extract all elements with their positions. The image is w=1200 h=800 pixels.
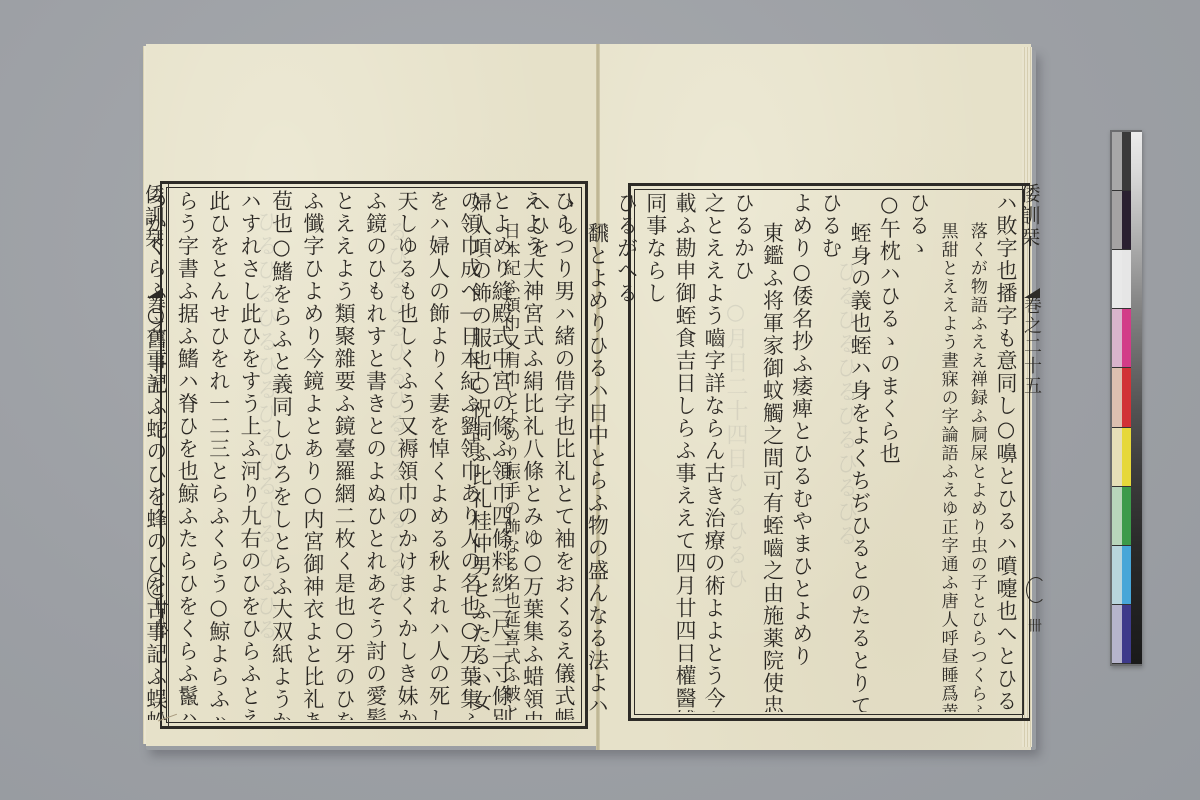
text-column: ハ敗字也播字も意同し○嚊とひるハ噴嚏也へとひるハ放屁也くとかひるハ bbox=[991, 192, 1020, 712]
text-column: 落くが物語ふええ禅録ふ屙屎とよめり虫の子とひらつくらふも是也 bbox=[962, 192, 991, 712]
text-column: 載ふ勘申御蛭食吉日しらふ事ええて四月廿四日權醫博士和氣相秀とらるハ bbox=[670, 192, 699, 712]
text-column: ○午枕ハひるゝのまくら也 bbox=[874, 192, 903, 712]
text-column: 黒甜とええよう晝寐の字論語ふえゆ正字通ふ唐人呼昼睡爲黄妳 bbox=[932, 192, 961, 712]
text-column: をハ婦人の飾よりく妻を悼くよめる秋よれハ人の死して天ふゆくとくふよう bbox=[421, 190, 452, 720]
text-column: 之とええよう嚙字詳ならん古き治療の術よよとう今もとる事あると朝野群 bbox=[699, 192, 728, 712]
headword-column: へひを bbox=[524, 192, 553, 712]
text-column: 天しゆるも也しくふう又褥領巾のかけまくかしき妹か名とえゆ○よさくとけ bbox=[390, 190, 421, 720]
right-margin-title: 倭訓栞 bbox=[1022, 183, 1044, 293]
text-column: つかくらふ○舊事記ふ蛇のひを蜂のひを古事記ふ蜈蚣のひを人よひを bbox=[139, 190, 170, 720]
text-column: 婦人項の飾の服也○祝詞ふ比礼桂仲男とふたるハ女の御膳等よ奉仕るとくの bbox=[465, 192, 494, 712]
text-column: よめり○倭名抄ふ痿痺とひるむやまひとよめり bbox=[787, 192, 816, 712]
text-column: ハすれさし此ひをすう上ふ河り九右のひをひらふとええよう又鮭のゑさ bbox=[233, 190, 264, 720]
text-column: ふ鏡のひもれすと書きとのよぬひとれあそう討の愛髪のやうる二つのう bbox=[358, 190, 389, 720]
headword-column: ひるむ bbox=[816, 192, 845, 712]
headword-column: ひるかひ bbox=[728, 192, 757, 712]
right-margin-circle bbox=[1026, 577, 1046, 603]
text-column: とええよう類聚雜要ふ鏡臺羅網二枚く是也○牙のひをハ延喜式江次第 bbox=[327, 190, 358, 720]
headword-column: ひるゝ bbox=[903, 192, 932, 712]
text-column: 蛭身の義也蛭ハ身をよくちぢひるとのたるとりて磐らへ也贰ハ舜を bbox=[845, 192, 874, 712]
swatch bbox=[1112, 250, 1122, 309]
swatch bbox=[1112, 605, 1122, 664]
text-column: 苞也○鰭をらふと義同しひろをしとらふ大双紙ようかくさりくれるを bbox=[264, 190, 295, 720]
swatch bbox=[1112, 368, 1122, 427]
swatch bbox=[1112, 309, 1122, 368]
swatch bbox=[1112, 487, 1122, 546]
headword-column: ひるがへる bbox=[611, 192, 640, 712]
text-column: 此ひをとんせひをれ一二三とらふくらう○鯨よらふハ鰮也諸魚よは名らと bbox=[201, 190, 232, 720]
text-column: 東鑑ふ将軍家御蚊觸之間可有蛭嚙之由施薬院使忠茂朝臣申行 bbox=[757, 192, 786, 712]
text-column: ふ懺字ひよめり今鏡よとあり○内宮御神衣よと比礼あり○花よりふハ bbox=[295, 190, 326, 720]
swatch bbox=[1112, 546, 1122, 605]
right-page-text: ハ敗字也播字も意同し○嚊とひるハ噴嚏也へとひるハ放屁也くとかひるハ 落くが物語ふ… bbox=[640, 192, 1020, 712]
text-column: 日本紀ふ領巾又肩巾とよめり振手の飾なる名也延喜式ふ帔とよめり bbox=[495, 192, 524, 712]
swatch bbox=[1112, 428, 1122, 487]
right-page-number: 卌 bbox=[1026, 618, 1044, 678]
text-column: ゝし bbox=[553, 192, 582, 712]
swatch bbox=[1112, 191, 1122, 250]
text-column: 飜とよめりひるハ日中とらふ物の盛んなる法よハ必をめぐらの意なる bbox=[582, 192, 611, 712]
right-margin-volume: 巻之二十五 bbox=[1022, 296, 1044, 446]
text-column: 同事ならし bbox=[641, 192, 670, 712]
grayscale-step-wedge bbox=[1131, 132, 1142, 664]
swatch bbox=[1112, 132, 1122, 191]
text-column: らう字書ふ据ふ鰭ハ脊ひを也鯨ふたらひをくらふ鬣ハ小ひを也鯨ふた bbox=[170, 190, 201, 720]
